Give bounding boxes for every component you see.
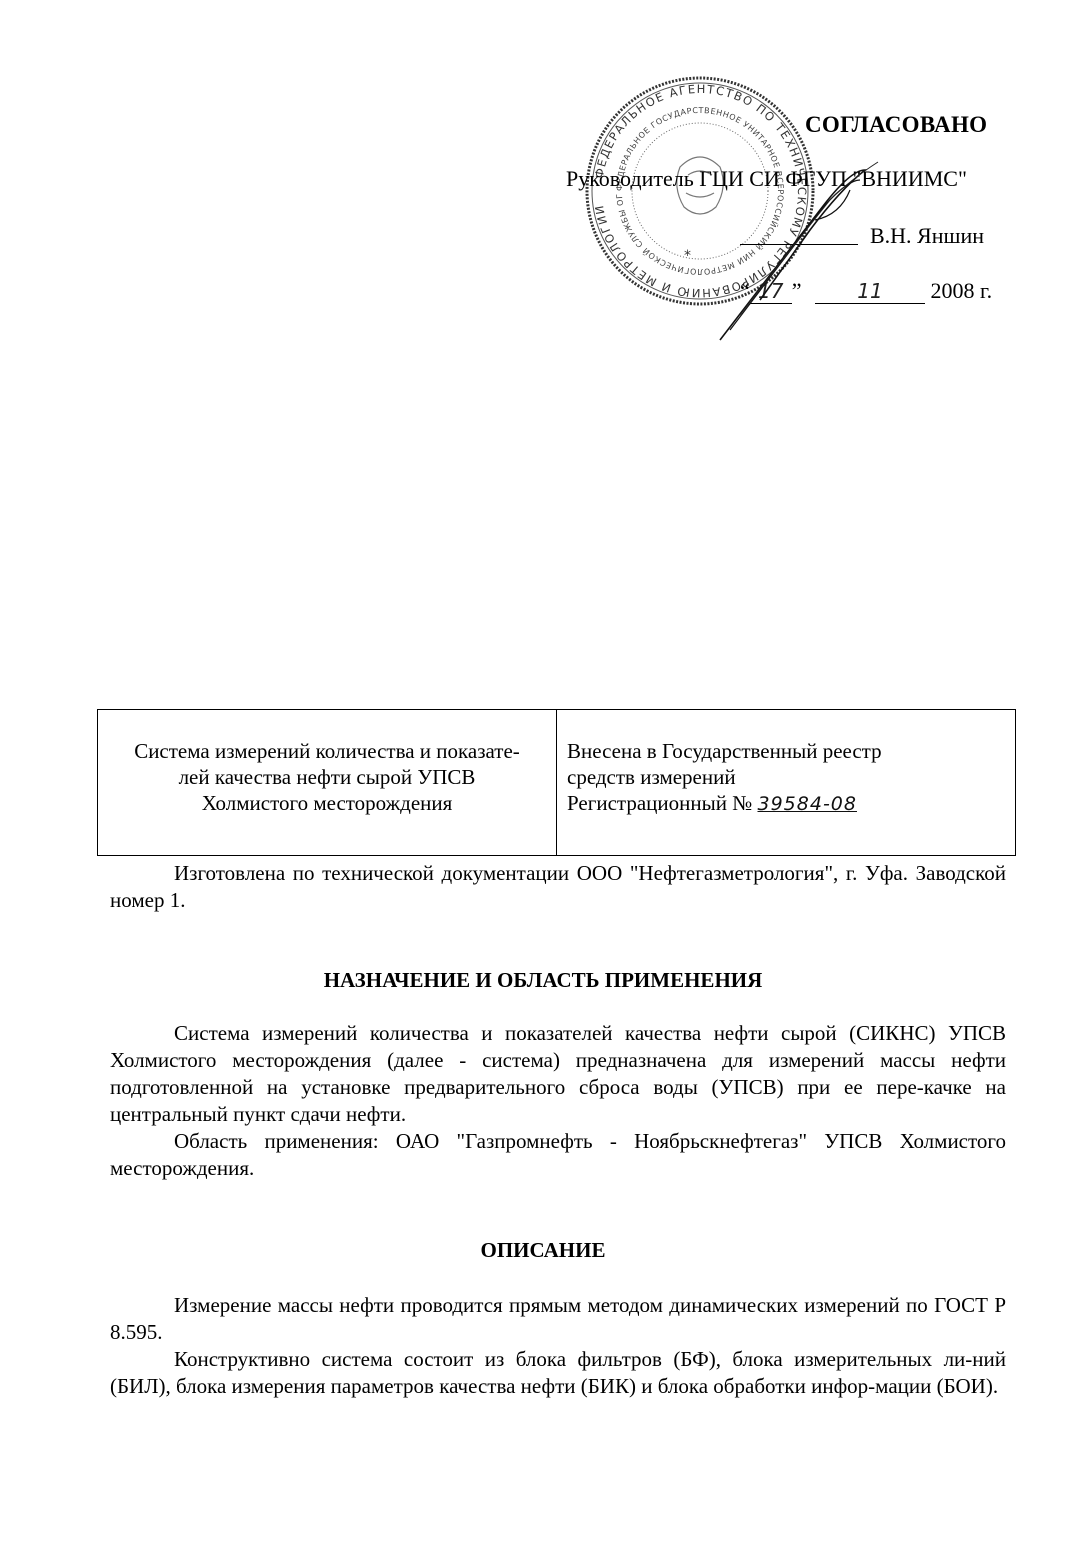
registry-line: Внесена в Государственный реестр [567, 738, 1015, 764]
svg-text:*: * [684, 248, 691, 264]
instrument-name-line: лей качества нефти сырой УПСВ [98, 764, 556, 790]
signature-icon [700, 150, 880, 350]
registry-cell: Внесена в Государственный реестр средств… [557, 710, 1015, 855]
instrument-name-line: Система измерений количества и показате- [98, 738, 556, 764]
purpose-paragraph-2: Область применения: ОАО "Газпромнефть - … [110, 1128, 1006, 1182]
registry-line: средств измерений [567, 764, 1015, 790]
instrument-name-line: Холмистого месторождения [98, 790, 556, 816]
description-paragraph-1-text: Измерение массы нефти проводится прямым … [110, 1293, 1006, 1344]
registration-number: 39584-08 [758, 793, 857, 815]
registration-label: Регистрационный № [567, 791, 752, 815]
approval-title: СОГЛАСОВАНО [805, 112, 987, 138]
description-paragraph-2: Конструктивно система состоит из блока ф… [110, 1346, 1006, 1400]
manufacture-note-text: Изготовлена по технической документации … [110, 861, 1006, 912]
purpose-paragraph-1-text: Система измерений количества и показател… [110, 1021, 1006, 1126]
description-paragraph-2-text: Конструктивно система состоит из блока ф… [110, 1347, 1006, 1398]
section-heading-purpose: НАЗНАЧЕНИЕ И ОБЛАСТЬ ПРИМЕНЕНИЯ [0, 968, 1086, 993]
date-year: 2008 г. [931, 278, 993, 303]
manufacture-note: Изготовлена по технической документации … [110, 860, 1006, 914]
description-paragraph-1: Измерение массы нефти проводится прямым … [110, 1292, 1006, 1346]
registration-row: Регистрационный № 39584-08 [567, 790, 1015, 817]
instrument-name-cell: Система измерений количества и показате-… [98, 710, 557, 855]
approver-name: В.Н. Яншин [870, 223, 984, 249]
instrument-info-table: Система измерений количества и показате-… [97, 709, 1016, 856]
section-heading-description: ОПИСАНИЕ [0, 1238, 1086, 1263]
purpose-paragraph-2-text: Область применения: ОАО "Газпромнефть - … [110, 1129, 1006, 1180]
purpose-paragraph-1: Система измерений количества и показател… [110, 1020, 1006, 1128]
